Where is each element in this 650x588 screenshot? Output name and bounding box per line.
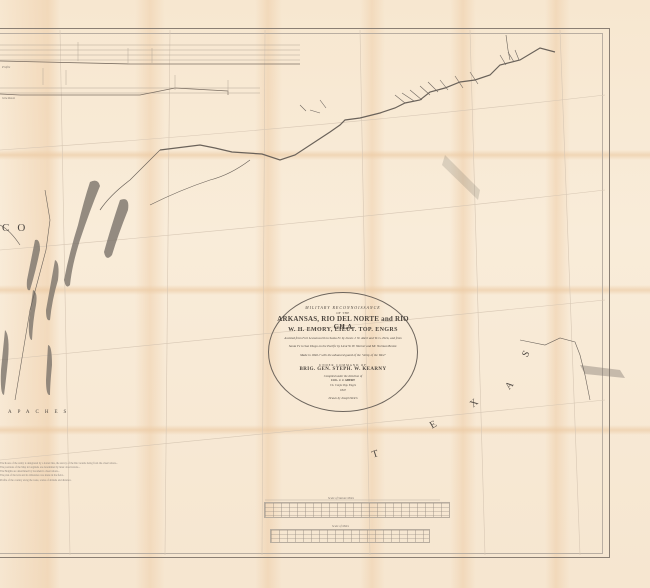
expedition-line: Made in 1846-7 with the advanced guard o…: [276, 354, 409, 358]
mountain-hachures: [300, 50, 519, 113]
profile-label-upper: Profile: [2, 65, 10, 69]
compiler-line: COL. J. J. ABERT: [269, 378, 417, 382]
assistants-line-2: Santa Fe to San Diego on the Pacific by …: [276, 345, 409, 349]
profile-label-lower: Gila Route: [2, 96, 15, 100]
scale-bar-miles: [270, 529, 430, 543]
region-label-apaches: APACHES: [8, 410, 72, 415]
map-notes: The Route of the Army is designated by a…: [0, 462, 120, 483]
title-cartouche: MILITARY RECONNOISSANCE OF THE ARKANSAS,…: [268, 292, 418, 412]
region-label-co: CO: [2, 222, 33, 234]
compiler-title: Ch. Corps Top. Engrs: [269, 383, 417, 387]
scale-title-statute: Scale of Statute Miles: [328, 496, 354, 500]
draftsman-line: Drawn by Joseph Welch: [269, 396, 417, 400]
elevation-profile: [0, 42, 300, 95]
title-line-1: MILITARY RECONNOISSANCE: [269, 305, 417, 310]
year-line: 1847: [269, 388, 417, 392]
author-line: W. H. EMORY, LIEUT. TOP. ENGRS: [269, 327, 417, 333]
note: Profile of the country along the route, …: [0, 479, 120, 483]
map-sheet: MILITARY RECONNOISSANCE OF THE ARKANSAS,…: [0, 0, 650, 588]
assistants-line-1: Assisted from Fort Leavenworth to Santa …: [276, 337, 409, 341]
scale-bar-statute: [264, 502, 450, 518]
commander-line: BRIG. GEN. STEPH. W. KEARNY: [269, 367, 417, 372]
scale-title-miles: Scale of Miles: [332, 524, 349, 528]
